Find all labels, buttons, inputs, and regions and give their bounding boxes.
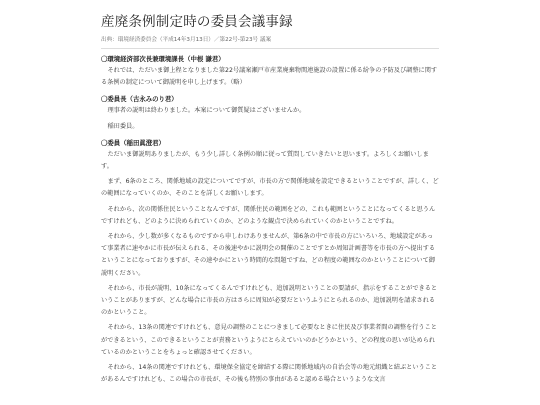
speech-paragraph: それから、13条の関連ですけれども、意見の調整のことにつきまして必要なときに住民…: [101, 322, 439, 359]
speech-paragraph: 稲田委員。: [101, 121, 439, 133]
speech-paragraph: まず、6条のところ、関係地域の設定についてですが、市長の方で関係地域を設定できる…: [101, 176, 439, 200]
speech-block: 〇環境経済部次長兼環境課長（中根 謙君） それでは、ただいま御上程となりました第…: [101, 54, 439, 89]
speech-block: 〇委員（稲田眞澄君） ただいま御説明ありましたが、もう少し詳しく条例の順に従って…: [101, 138, 439, 387]
speaker-name: 〇環境経済部次長兼環境課長（中根 謙君）: [101, 54, 439, 64]
source-citation: 出典：環境経済委員会（平成14年3月13日）／第22号-第23号 議案: [101, 36, 439, 44]
speech-paragraph: 理事者の説明は終わりました。本案について御質疑はございませんか。: [101, 105, 439, 117]
speaker-name: 〇委員（稲田眞澄君）: [101, 138, 439, 148]
speech-paragraph: それから、次の関係住民ということなんですが、関係住民の範囲をどの、これも範囲とい…: [101, 204, 439, 228]
speaker-name: 〇委員長（古永みのり君）: [101, 94, 439, 104]
speech-paragraph: それから、市長が説明、10条になってくるんですけれども、追加説明ということの要請…: [101, 283, 439, 320]
speech-paragraph: ただいま御説明ありましたが、もう少し詳しく条例の順に従って質問していきたいと思い…: [101, 149, 439, 173]
speech-block: 〇委員長（古永みのり君） 理事者の説明は終わりました。本案について御質疑はござい…: [101, 94, 439, 132]
speech-paragraph: それから、14条の関連ですけれども、環境保全協定を締結する際に関係地域内の自治会…: [101, 362, 439, 386]
minutes-document: 産廃条例制定時の委員会議事録 出典：環境経済委員会（平成14年3月13日）／第2…: [101, 10, 439, 389]
speech-paragraph: それから、少し数が多くなるものですから申しわけありませんが、第6条の中で市長の方…: [101, 231, 439, 280]
title-divider: [101, 48, 439, 49]
speech-paragraph: それでは、ただいま御上程となりました第22号議案瀬戸市産業廃棄物関連施設の設置に…: [101, 65, 439, 89]
page-title: 産廃条例制定時の委員会議事録: [101, 13, 439, 31]
